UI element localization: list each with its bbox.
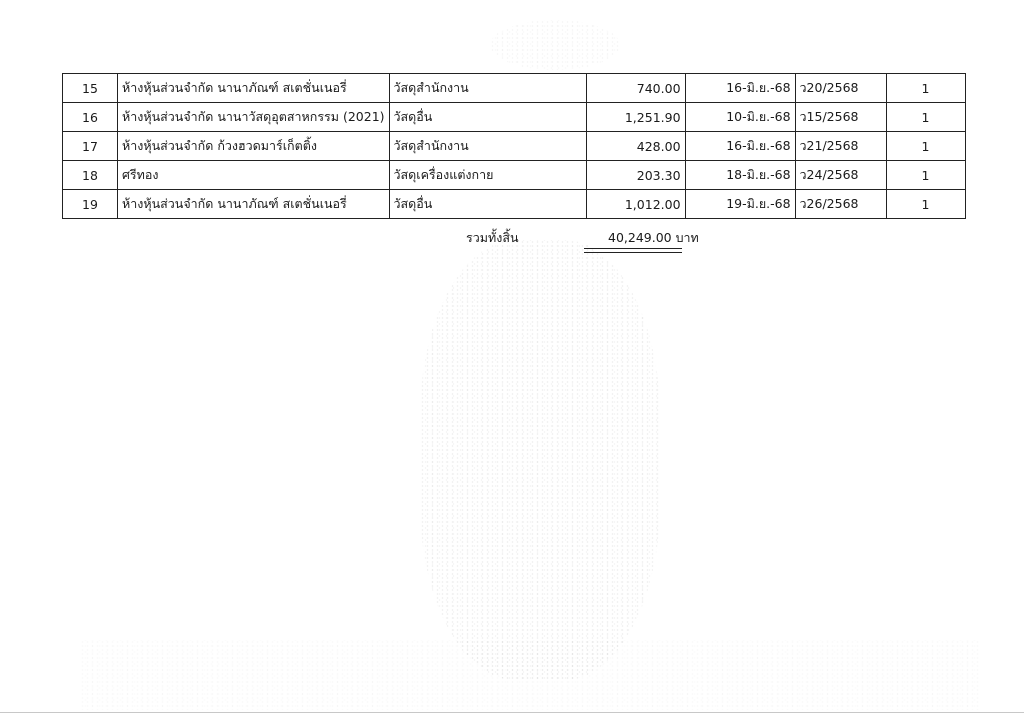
category-cell: วัสดุสำนักงาน bbox=[389, 74, 586, 103]
date-cell: 18-มิ.ย.-68 bbox=[685, 161, 795, 190]
category-cell: วัสดุอื่น bbox=[389, 103, 586, 132]
page-edge-line bbox=[0, 712, 1024, 713]
scan-noise-center bbox=[420, 240, 660, 680]
reference-number-cell: ว15/2568 bbox=[795, 103, 886, 132]
table-row: 16ห้างหุ้นส่วนจำกัด นานาวัสดุอุตสาหกรรม … bbox=[63, 103, 966, 132]
quantity-cell: 1 bbox=[886, 161, 965, 190]
category-cell: วัสดุสำนักงาน bbox=[389, 132, 586, 161]
category-cell: วัสดุเครื่องแต่งกาย bbox=[389, 161, 586, 190]
vendor-name-cell: ห้างหุ้นส่วนจำกัด นานาภัณฑ์ สเตชั่นเนอรี… bbox=[118, 190, 390, 219]
amount-cell: 428.00 bbox=[586, 132, 685, 161]
amount-cell: 203.30 bbox=[586, 161, 685, 190]
reference-number-cell: ว26/2568 bbox=[795, 190, 886, 219]
vendor-name-cell: ห้างหุ้นส่วนจำกัด ก้วงฮวดมาร์เก็ตติ้ง bbox=[118, 132, 390, 161]
date-cell: 19-มิ.ย.-68 bbox=[685, 190, 795, 219]
amount-cell: 740.00 bbox=[586, 74, 685, 103]
reference-number-cell: ว24/2568 bbox=[795, 161, 886, 190]
table-row: 19ห้างหุ้นส่วนจำกัด นานาภัณฑ์ สเตชั่นเนอ… bbox=[63, 190, 966, 219]
date-cell: 10-มิ.ย.-68 bbox=[685, 103, 795, 132]
table-row: 18ศรีทองวัสดุเครื่องแต่งกาย203.3018-มิ.ย… bbox=[63, 161, 966, 190]
scan-noise-top bbox=[490, 20, 620, 70]
quantity-cell: 1 bbox=[886, 74, 965, 103]
reference-number-cell: ว20/2568 bbox=[795, 74, 886, 103]
total-label: รวมทั้งสิ้น bbox=[466, 228, 519, 248]
date-cell: 16-มิ.ย.-68 bbox=[685, 132, 795, 161]
row-number-cell: 19 bbox=[63, 190, 118, 219]
vendor-name-cell: ห้างหุ้นส่วนจำกัด นานาวัสดุอุตสาหกรรม (2… bbox=[118, 103, 390, 132]
row-number-cell: 15 bbox=[63, 74, 118, 103]
purchase-table: 15ห้างหุ้นส่วนจำกัด นานาภัณฑ์ สเตชั่นเนอ… bbox=[62, 73, 966, 219]
amount-cell: 1,012.00 bbox=[586, 190, 685, 219]
row-number-cell: 17 bbox=[63, 132, 118, 161]
total-value: 40,249.00 บาท bbox=[608, 228, 699, 248]
vendor-name-cell: ห้างหุ้นส่วนจำกัด นานาภัณฑ์ สเตชั่นเนอรี… bbox=[118, 74, 390, 103]
reference-number-cell: ว21/2568 bbox=[795, 132, 886, 161]
vendor-name-cell: ศรีทอง bbox=[118, 161, 390, 190]
total-double-underline bbox=[584, 248, 682, 253]
row-number-cell: 16 bbox=[63, 103, 118, 132]
row-number-cell: 18 bbox=[63, 161, 118, 190]
table-row: 17ห้างหุ้นส่วนจำกัด ก้วงฮวดมาร์เก็ตติ้งว… bbox=[63, 132, 966, 161]
quantity-cell: 1 bbox=[886, 132, 965, 161]
table-row: 15ห้างหุ้นส่วนจำกัด นานาภัณฑ์ สเตชั่นเนอ… bbox=[63, 74, 966, 103]
date-cell: 16-มิ.ย.-68 bbox=[685, 74, 795, 103]
scan-noise-bottom bbox=[80, 640, 980, 710]
amount-cell: 1,251.90 bbox=[586, 103, 685, 132]
quantity-cell: 1 bbox=[886, 103, 965, 132]
quantity-cell: 1 bbox=[886, 190, 965, 219]
category-cell: วัสดุอื่น bbox=[389, 190, 586, 219]
